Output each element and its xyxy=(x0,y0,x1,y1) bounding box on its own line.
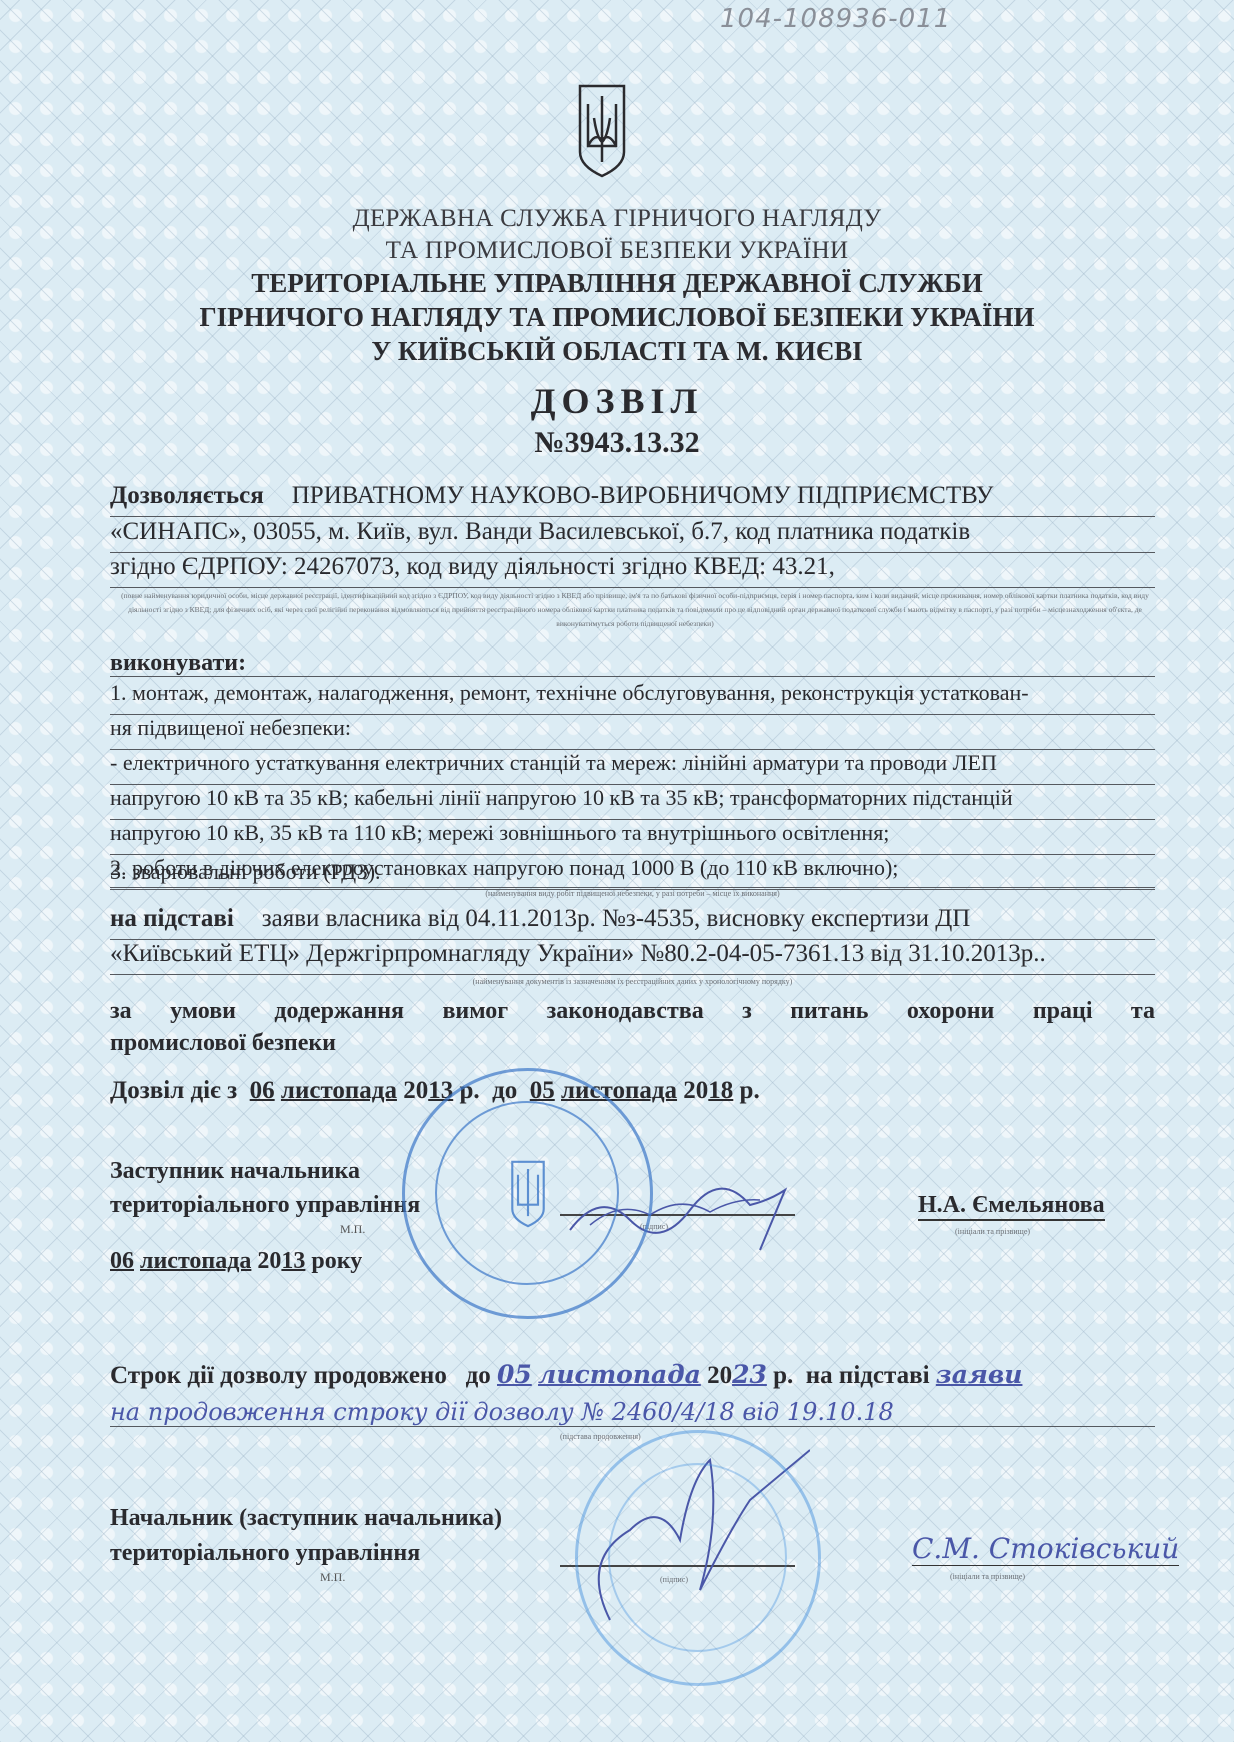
extension-basis-handwritten: на продовження строку дії дозволу № 2460… xyxy=(110,1398,1155,1427)
extension-line-1: Строк дії дозволу продовжено до 05 листо… xyxy=(110,1360,1022,1390)
activities-note: (найменування виду робіт підвищеної небе… xyxy=(110,889,1155,898)
signer2-name-caption: (ініціали та прізвище) xyxy=(950,1572,1025,1581)
activity-line: напругою 10 кВ, 35 кВ та 110 кВ; мережі … xyxy=(110,820,1155,855)
basis-note: (найменування документів із зазначенням … xyxy=(110,977,1155,986)
signer1-position-line2: територіального управління xyxy=(110,1192,420,1219)
signer1-name-caption: (ініціали та прізвище) xyxy=(955,1227,1030,1236)
signer2-position-line2: територіального управління xyxy=(110,1540,420,1567)
signer1-position-line1: Заступник начальника xyxy=(110,1158,360,1185)
signer2-handwritten-name: С.М. Стоківський xyxy=(912,1532,1179,1566)
seal-label-2: М.П. xyxy=(320,1570,345,1585)
conditions-line-1: за умови додержання вимог законодавства … xyxy=(110,998,1155,1025)
holder-line-1: ДозволяєтьсяПРИВАТНОМУ НАУКОВО-ВИРОБНИЧО… xyxy=(110,482,1155,517)
basis-label: на підставі xyxy=(110,905,234,932)
permit-document: 104-108936-011 ДЕРЖАВНА СЛУЖБА ГІРНИЧОГО… xyxy=(0,0,1234,1742)
activity-line: 3. зварювальні роботи (РДЗ). xyxy=(110,859,1155,888)
seal-label-1: М.П. xyxy=(340,1222,365,1237)
coat-of-arms-icon xyxy=(577,82,627,180)
registration-number: 104-108936-011 xyxy=(720,4,951,34)
stamp-coat-of-arms-icon xyxy=(500,1159,556,1229)
signer1-name: Н.А. Ємельянова xyxy=(918,1192,1105,1221)
holder-name: ПРИВАТНОМУ НАУКОВО-ВИРОБНИЧОМУ ПІДПРИЄМС… xyxy=(292,482,994,509)
department-name-line2: ГІРНИЧОГО НАГЛЯДУ ТА ПРОМИСЛОВОЇ БЕЗПЕКИ… xyxy=(0,302,1234,333)
holder-note: (повне найменування юридичної особи, міс… xyxy=(120,589,1150,647)
activities-label: виконувати: xyxy=(110,650,246,677)
holder-line-3: згідно ЄДРПОУ: 24267073, код виду діяльн… xyxy=(110,553,1155,588)
holder-line-2: «СИНАПС», 03055, м. Київ, вул. Ванди Вас… xyxy=(110,518,1155,553)
agency-name-line1: ДЕРЖАВНА СЛУЖБА ГІРНИЧОГО НАГЛЯДУ xyxy=(0,205,1234,233)
document-number: №3943.13.32 xyxy=(0,426,1234,460)
permit-label: Дозволяється xyxy=(110,482,264,509)
activity-line: - електричного устаткування електричних … xyxy=(110,750,1155,785)
conditions-line-2: промислової безпеки xyxy=(110,1030,336,1057)
basis-line-1: на підставізаяви власника від 04.11.2013… xyxy=(110,905,1155,940)
department-name-line1: ТЕРИТОРІАЛЬНЕ УПРАВЛІННЯ ДЕРЖАВНОЇ СЛУЖБ… xyxy=(0,268,1234,299)
agency-name-line2: ТА ПРОМИСЛОВОЇ БЕЗПЕКИ УКРАЇНИ xyxy=(0,237,1234,265)
basis-line-2: «Київський ЕТЦ» Держгірпромнагляду Украї… xyxy=(110,940,1155,975)
activity-line: 1. монтаж, демонтаж, налагодження, ремон… xyxy=(110,680,1155,715)
signer1-date: 06 листопада 2013 року xyxy=(110,1248,362,1275)
activity-line: напругою 10 кВ та 35 кВ; кабельні лінії … xyxy=(110,785,1155,820)
department-name-line3: У КИЇВСЬКІЙ ОБЛАСТІ ТА М. КИЄВІ xyxy=(0,336,1234,367)
activity-line: ня підвищеної небезпеки: xyxy=(110,715,1155,750)
signer2-position-line1: Начальник (заступник начальника) xyxy=(110,1505,502,1532)
official-stamp xyxy=(402,1068,653,1319)
document-title: ДОЗВІЛ xyxy=(0,380,1234,422)
validity-period: Дозвіл діє з 06 листопада 2013 р. до 05 … xyxy=(110,1077,760,1105)
official-stamp-extension xyxy=(575,1430,821,1686)
